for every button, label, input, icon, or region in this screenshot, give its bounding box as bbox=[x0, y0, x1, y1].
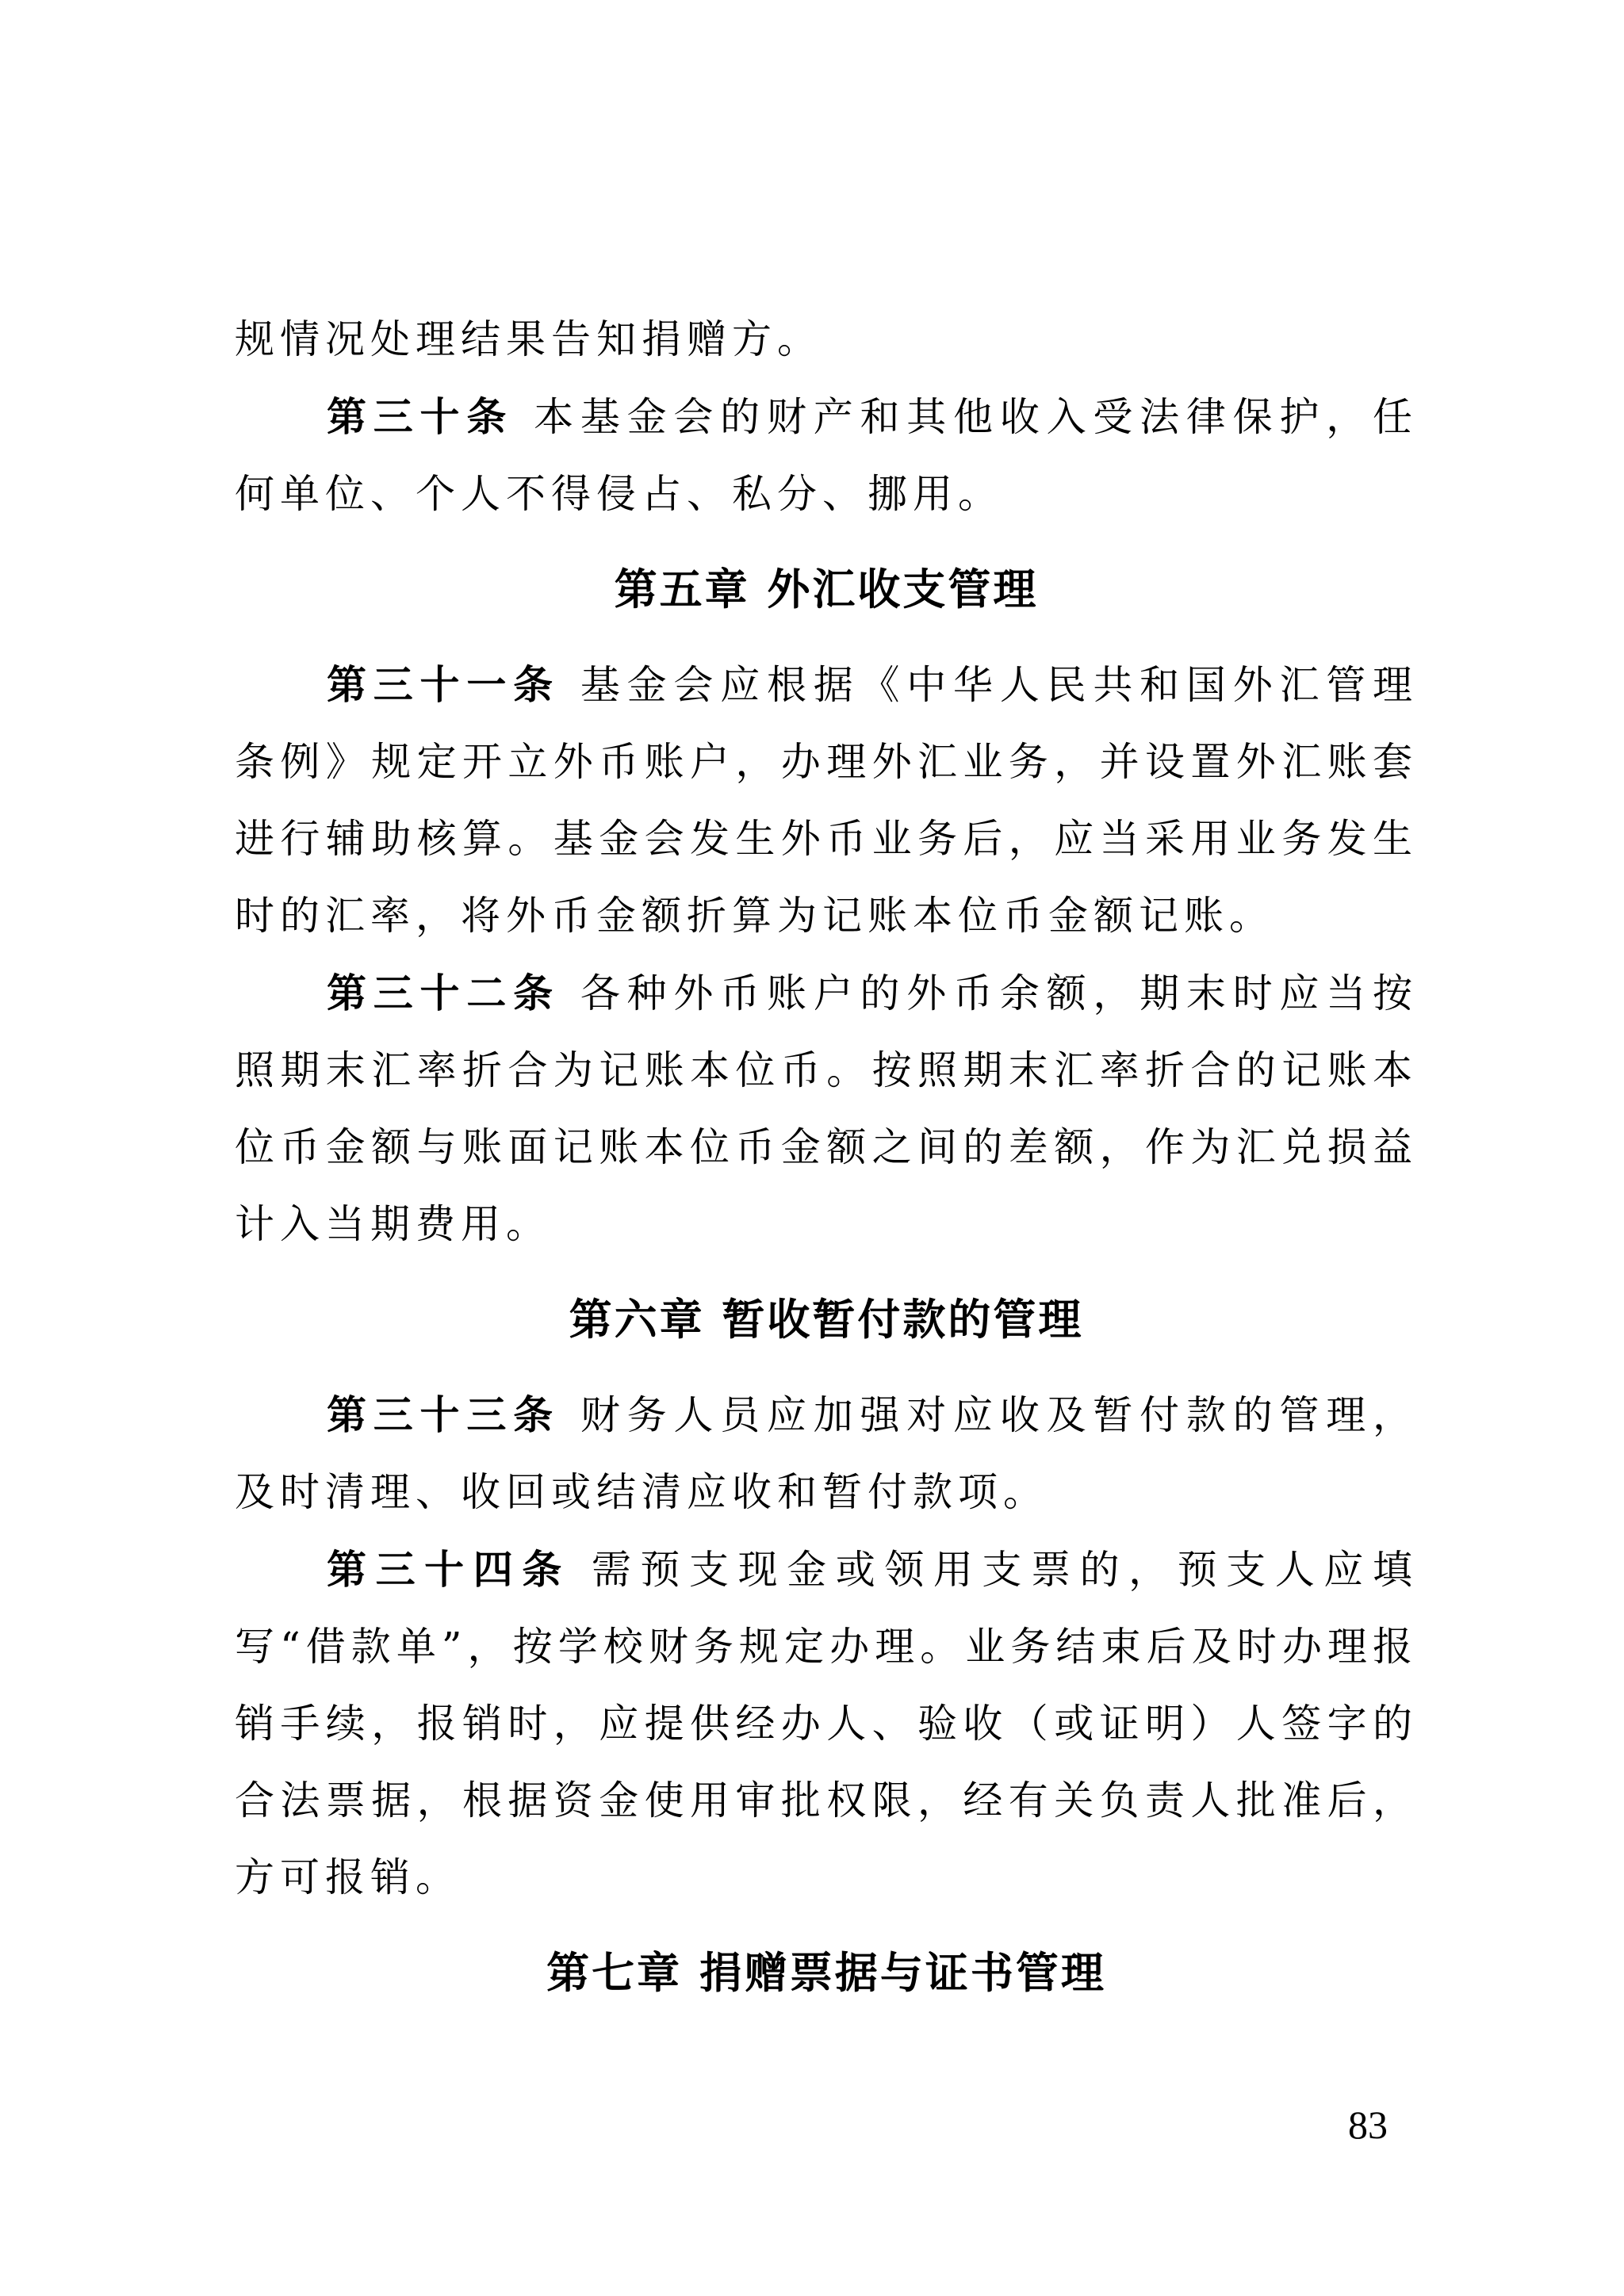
document-content: 规情况处理结果告知捐赠方。 第三十条本基金会的财产和其他收入受法律保护，任何单位… bbox=[235, 301, 1418, 2030]
chapter-6-heading: 第六章 暂收暂付款的管理 bbox=[235, 1281, 1418, 1358]
article-31-number: 第三十一条 bbox=[327, 661, 560, 708]
article-34-text: 需预支现金或领用支票的，预支人应填写“借款单”，按学校财务规定办理。业务结束后及… bbox=[235, 1547, 1418, 1900]
page-number: 83 bbox=[1348, 2103, 1388, 2147]
chapter-5-heading: 第五章 外汇收支管理 bbox=[235, 551, 1418, 628]
article-30-paragraph: 第三十条本基金会的财产和其他收入受法律保护，任何单位、个人不得侵占、私分、挪用。 bbox=[235, 378, 1418, 533]
article-34-paragraph: 第三十四条需预支现金或领用支票的，预支人应填写“借款单”，按学校财务规定办理。业… bbox=[235, 1531, 1418, 1916]
article-33-paragraph: 第三十三条财务人员应加强对应收及暂付款的管理，及时清理、收回或结清应收和暂付款项… bbox=[235, 1376, 1418, 1531]
article-33-number: 第三十三条 bbox=[327, 1391, 560, 1438]
article-32-paragraph: 第三十二条各种外币账户的外币余额，期末时应当按照期末汇率折合为记账本位币。按照期… bbox=[235, 955, 1418, 1263]
article-31-paragraph: 第三十一条基金会应根据《中华人民共和国外汇管理条例》规定开立外币账户，办理外汇业… bbox=[235, 646, 1418, 955]
article-30-number: 第三十条 bbox=[327, 393, 513, 440]
article-34-number: 第三十四条 bbox=[327, 1546, 571, 1593]
chapter-7-heading: 第七章 捐赠票据与证书管理 bbox=[235, 1934, 1418, 2011]
article-32-number: 第三十二条 bbox=[327, 970, 560, 1016]
paragraph-continuation: 规情况处理结果告知捐赠方。 bbox=[235, 301, 1418, 378]
document-page: 规情况处理结果告知捐赠方。 第三十条本基金会的财产和其他收入受法律保护，任何单位… bbox=[0, 0, 1624, 2296]
